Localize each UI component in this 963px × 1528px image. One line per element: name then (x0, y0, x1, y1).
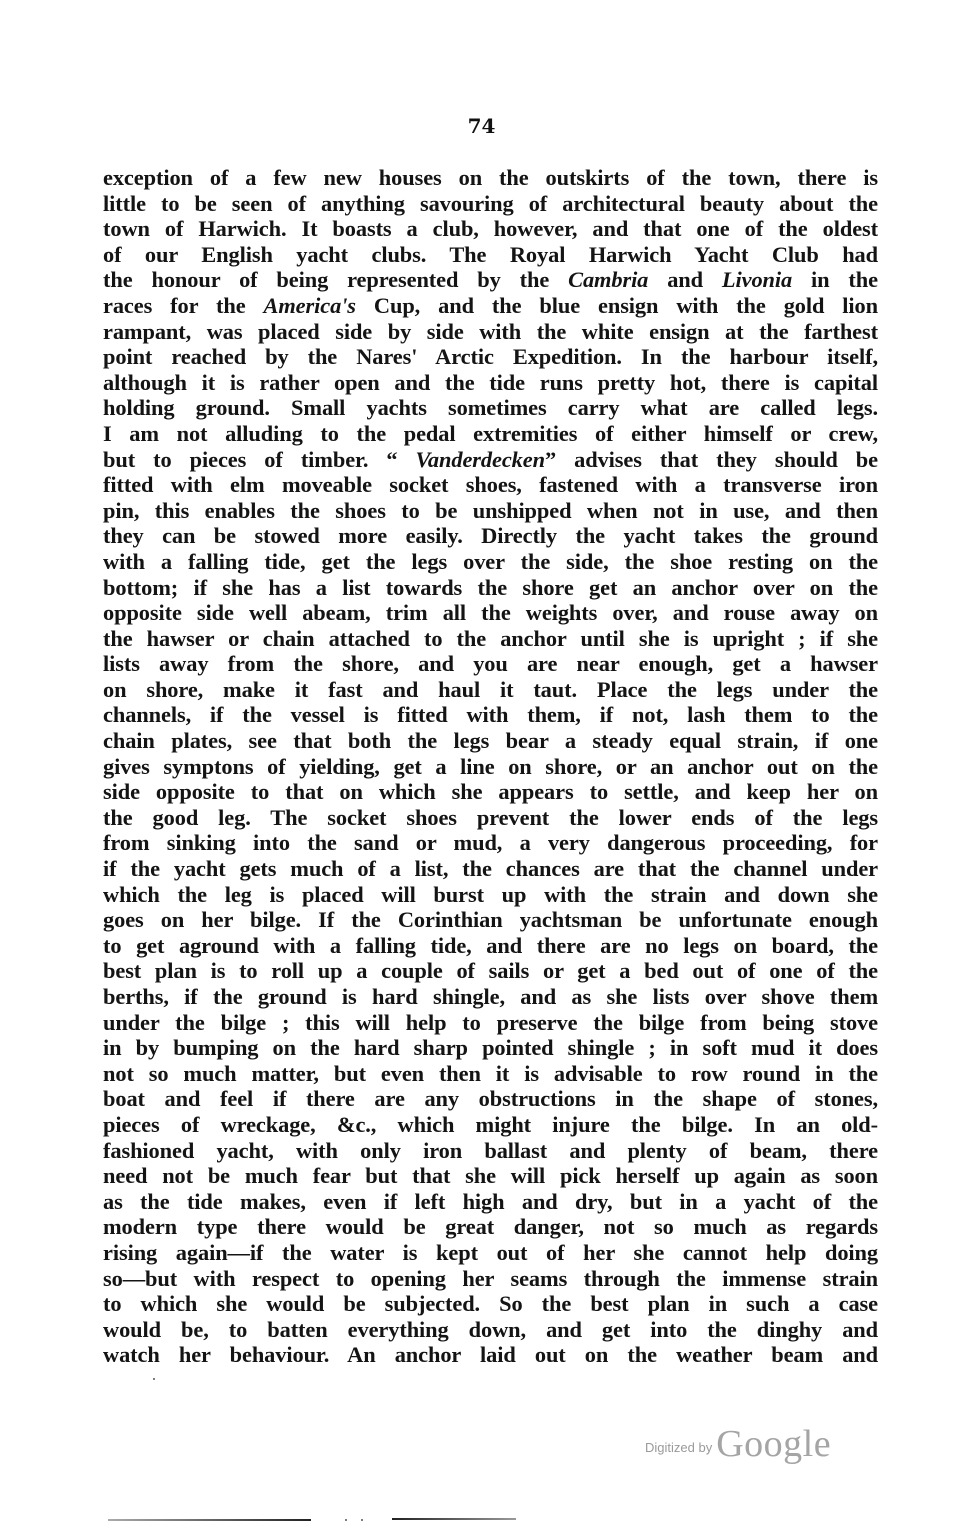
text-line: with a falling tide, get the legs over t… (103, 549, 878, 575)
text-line: need not be much fear but that she will … (103, 1163, 878, 1189)
scan-artifact-rule-left (108, 1519, 311, 1521)
text-line: pin, this enables the shoes to be unship… (103, 498, 878, 524)
text-line: berths, if the ground is hard shingle, a… (103, 984, 878, 1010)
scan-speck (361, 1519, 363, 1521)
italic-text: Cambria (568, 267, 648, 292)
text-line: if the yacht gets much of a list, the ch… (103, 856, 878, 882)
text-line: races for the America's Cup, and the blu… (103, 293, 878, 319)
text-line: the honour of being represented by the C… (103, 267, 878, 293)
text-line: not so much matter, but even then it is … (103, 1061, 878, 1087)
text-line: to which she would be subjected. So the … (103, 1291, 878, 1317)
text-line: from sinking into the sand or mud, a ver… (103, 830, 878, 856)
text-line: under the bilge ; this will help to pres… (103, 1010, 878, 1036)
text-line: to get aground with a falling tide, and … (103, 933, 878, 959)
text-line: but to pieces of timber. “ Vanderdecken”… (103, 447, 878, 473)
text-line: modern type there would be great danger,… (103, 1214, 878, 1240)
text-line: gives symptons of yielding, get a line o… (103, 754, 878, 780)
text-line: little to be seen of anything savouring … (103, 191, 878, 217)
text-line: bottom; if she has a list towards the sh… (103, 575, 878, 601)
body-text: exception of a few new houses on the out… (103, 165, 878, 1368)
text-line: fitted with elm moveable socket shoes, f… (103, 472, 878, 498)
text-line: although it is rather open and the tide … (103, 370, 878, 396)
watermark-prefix: Digitized by (645, 1440, 712, 1455)
text-line: I am not alluding to the pedal extremiti… (103, 421, 878, 447)
text-line: channels, if the vessel is fitted with t… (103, 702, 878, 728)
text-line: exception of a few new houses on the out… (103, 165, 878, 191)
italic-text: Vanderdecken (416, 447, 545, 472)
scan-artifact-rule-right (392, 1518, 516, 1520)
digitized-by-google-watermark: Digitized by Google (645, 1422, 831, 1466)
text-line: town of Harwich. It boasts a club, howev… (103, 216, 878, 242)
text-line: on shore, make it fast and haul it taut.… (103, 677, 878, 703)
text-line: rampant, was placed side by side with th… (103, 319, 878, 345)
text-line: which the leg is placed will burst up wi… (103, 882, 878, 908)
text-line: chain plates, see that both the legs bea… (103, 728, 878, 754)
text-line: point reached by the Nares' Arctic Exped… (103, 344, 878, 370)
text-line: goes on her bilge. If the Corinthian yac… (103, 907, 878, 933)
text-line: holding ground. Small yachts sometimes c… (103, 395, 878, 421)
text-line: of our English yacht clubs. The Royal Ha… (103, 242, 878, 268)
text-line: best plan is to roll up a couple of sail… (103, 958, 878, 984)
text-line: boat and feel if there are any obstructi… (103, 1086, 878, 1112)
text-line: the hawser or chain attached to the anch… (103, 626, 878, 652)
text-line: so—but with respect to opening her seams… (103, 1266, 878, 1292)
text-line: side opposite to that on which she appea… (103, 779, 878, 805)
text-line: pieces of wreckage, &c., which might inj… (103, 1112, 878, 1138)
text-line: they can be stowed more easily. Directly… (103, 523, 878, 549)
text-line: fashioned yacht, with only iron ballast … (103, 1138, 878, 1164)
italic-text: Livonia (722, 267, 792, 292)
text-line: rising again—if the water is kept out of… (103, 1240, 878, 1266)
text-line: in by bumping on the hard sharp pointed … (103, 1035, 878, 1061)
google-logo: Google (716, 1423, 831, 1465)
scan-speck (345, 1519, 347, 1521)
text-line: opposite side well abeam, trim all the w… (103, 600, 878, 626)
text-line: watch her behaviour. An anchor laid out … (103, 1342, 878, 1368)
text-line: the good leg. The socket shoes prevent t… (103, 805, 878, 831)
text-line: would be, to batten everything down, and… (103, 1317, 878, 1343)
text-line: lists away from the shore, and you are n… (103, 651, 878, 677)
text-line: as the tide makes, even if left high and… (103, 1189, 878, 1215)
page-number: 74 (0, 114, 963, 138)
scan-speck (153, 1378, 155, 1380)
italic-text: America's (264, 293, 356, 318)
